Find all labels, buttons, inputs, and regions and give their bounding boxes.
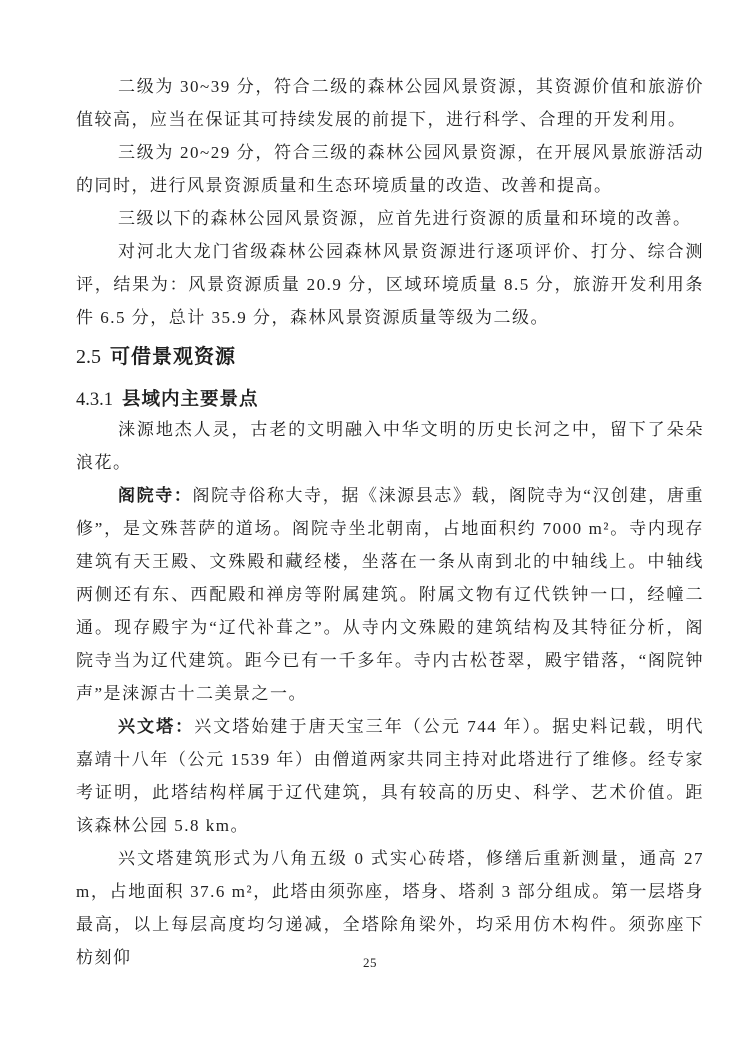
paragraph-evaluation-result: 对河北大龙门省级森林公园森林风景资源进行逐项评价、打分、综合测评，结果为：风景资… xyxy=(76,235,704,334)
section-heading-title: 可借景观资源 xyxy=(110,346,236,368)
xingwen-pagoda-label: 兴文塔： xyxy=(118,717,194,736)
subsection-heading-number: 4.3.1 xyxy=(76,390,113,410)
paragraph-grade3: 三级为 20~29 分，符合三级的森林公园风景资源，在开展风景旅游活动的同时，进… xyxy=(76,136,704,202)
paragraph-xingwen-pagoda: 兴文塔：兴文塔始建于唐天宝三年（公元 744 年）。据史料记载，明代嘉靖十八年（… xyxy=(76,710,704,842)
paragraph-below-grade3: 三级以下的森林公园风景资源，应首先进行资源的质量和环境的改善。 xyxy=(76,202,704,235)
geyuan-temple-text: 阁院寺俗称大寺，据《涞源县志》载，阁院寺为“汉创建，唐重修”，是文殊菩萨的道场。… xyxy=(76,486,704,703)
subsection-heading-title: 县域内主要景点 xyxy=(122,388,259,409)
document-page: 二级为 30~39 分，符合二级的森林公园风景资源，其资源价值和旅游价值较高，应… xyxy=(0,0,740,1047)
subsection-heading: 4.3.1县域内主要景点 xyxy=(76,386,704,413)
section-heading-number: 2.5 xyxy=(76,346,101,368)
paragraph-geyuan-temple: 阁院寺：阁院寺俗称大寺，据《涞源县志》载，阁院寺为“汉创建，唐重修”，是文殊菩萨… xyxy=(76,479,704,710)
paragraph-intro: 涞源地杰人灵，古老的文明融入中华文明的历史长河之中，留下了朵朵浪花。 xyxy=(76,413,704,479)
content-area: 二级为 30~39 分，符合二级的森林公园风景资源，其资源价值和旅游价值较高，应… xyxy=(76,70,704,974)
paragraph-grade2: 二级为 30~39 分，符合二级的森林公园风景资源，其资源价值和旅游价值较高，应… xyxy=(76,70,704,136)
section-heading: 2.5可借景观资源 xyxy=(76,344,704,370)
geyuan-temple-label: 阁院寺： xyxy=(118,486,192,505)
page-number: 25 xyxy=(0,954,740,972)
